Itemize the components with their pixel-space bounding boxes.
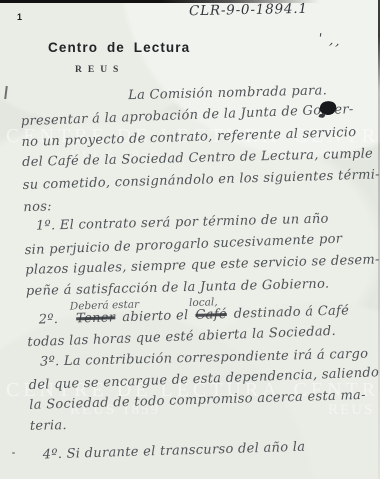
manuscript-line: 4º. Si durante el transcurso del año la [43, 438, 380, 470]
manuscript: La Comisión nombrada para.presentar á la… [20, 81, 380, 469]
page-number: 1 [17, 12, 22, 22]
scanned-document-page: 1 CLR-9-0-1894.1 Centro de Lectura REUS … [0, 0, 380, 479]
letterhead-city: REUS [75, 65, 124, 75]
struck-word: Cafélocal, [195, 307, 227, 323]
letterhead-title: Centro de Lectura [48, 40, 190, 55]
archival-reference-annotation: CLR-9-0-1894.1 [189, 1, 308, 19]
scan-speck [4, 86, 8, 99]
struck-word: TenerDeberá estar [76, 310, 116, 326]
manuscript-segment: destinado á Café [234, 303, 350, 321]
manuscript-segment: 2º. [39, 312, 59, 328]
scan-speck [12, 452, 15, 454]
interline-insertion: local, [189, 296, 218, 309]
handwritten-tick-marks: ' ,, [317, 31, 343, 50]
manuscript-segment: abierto el [122, 308, 189, 325]
